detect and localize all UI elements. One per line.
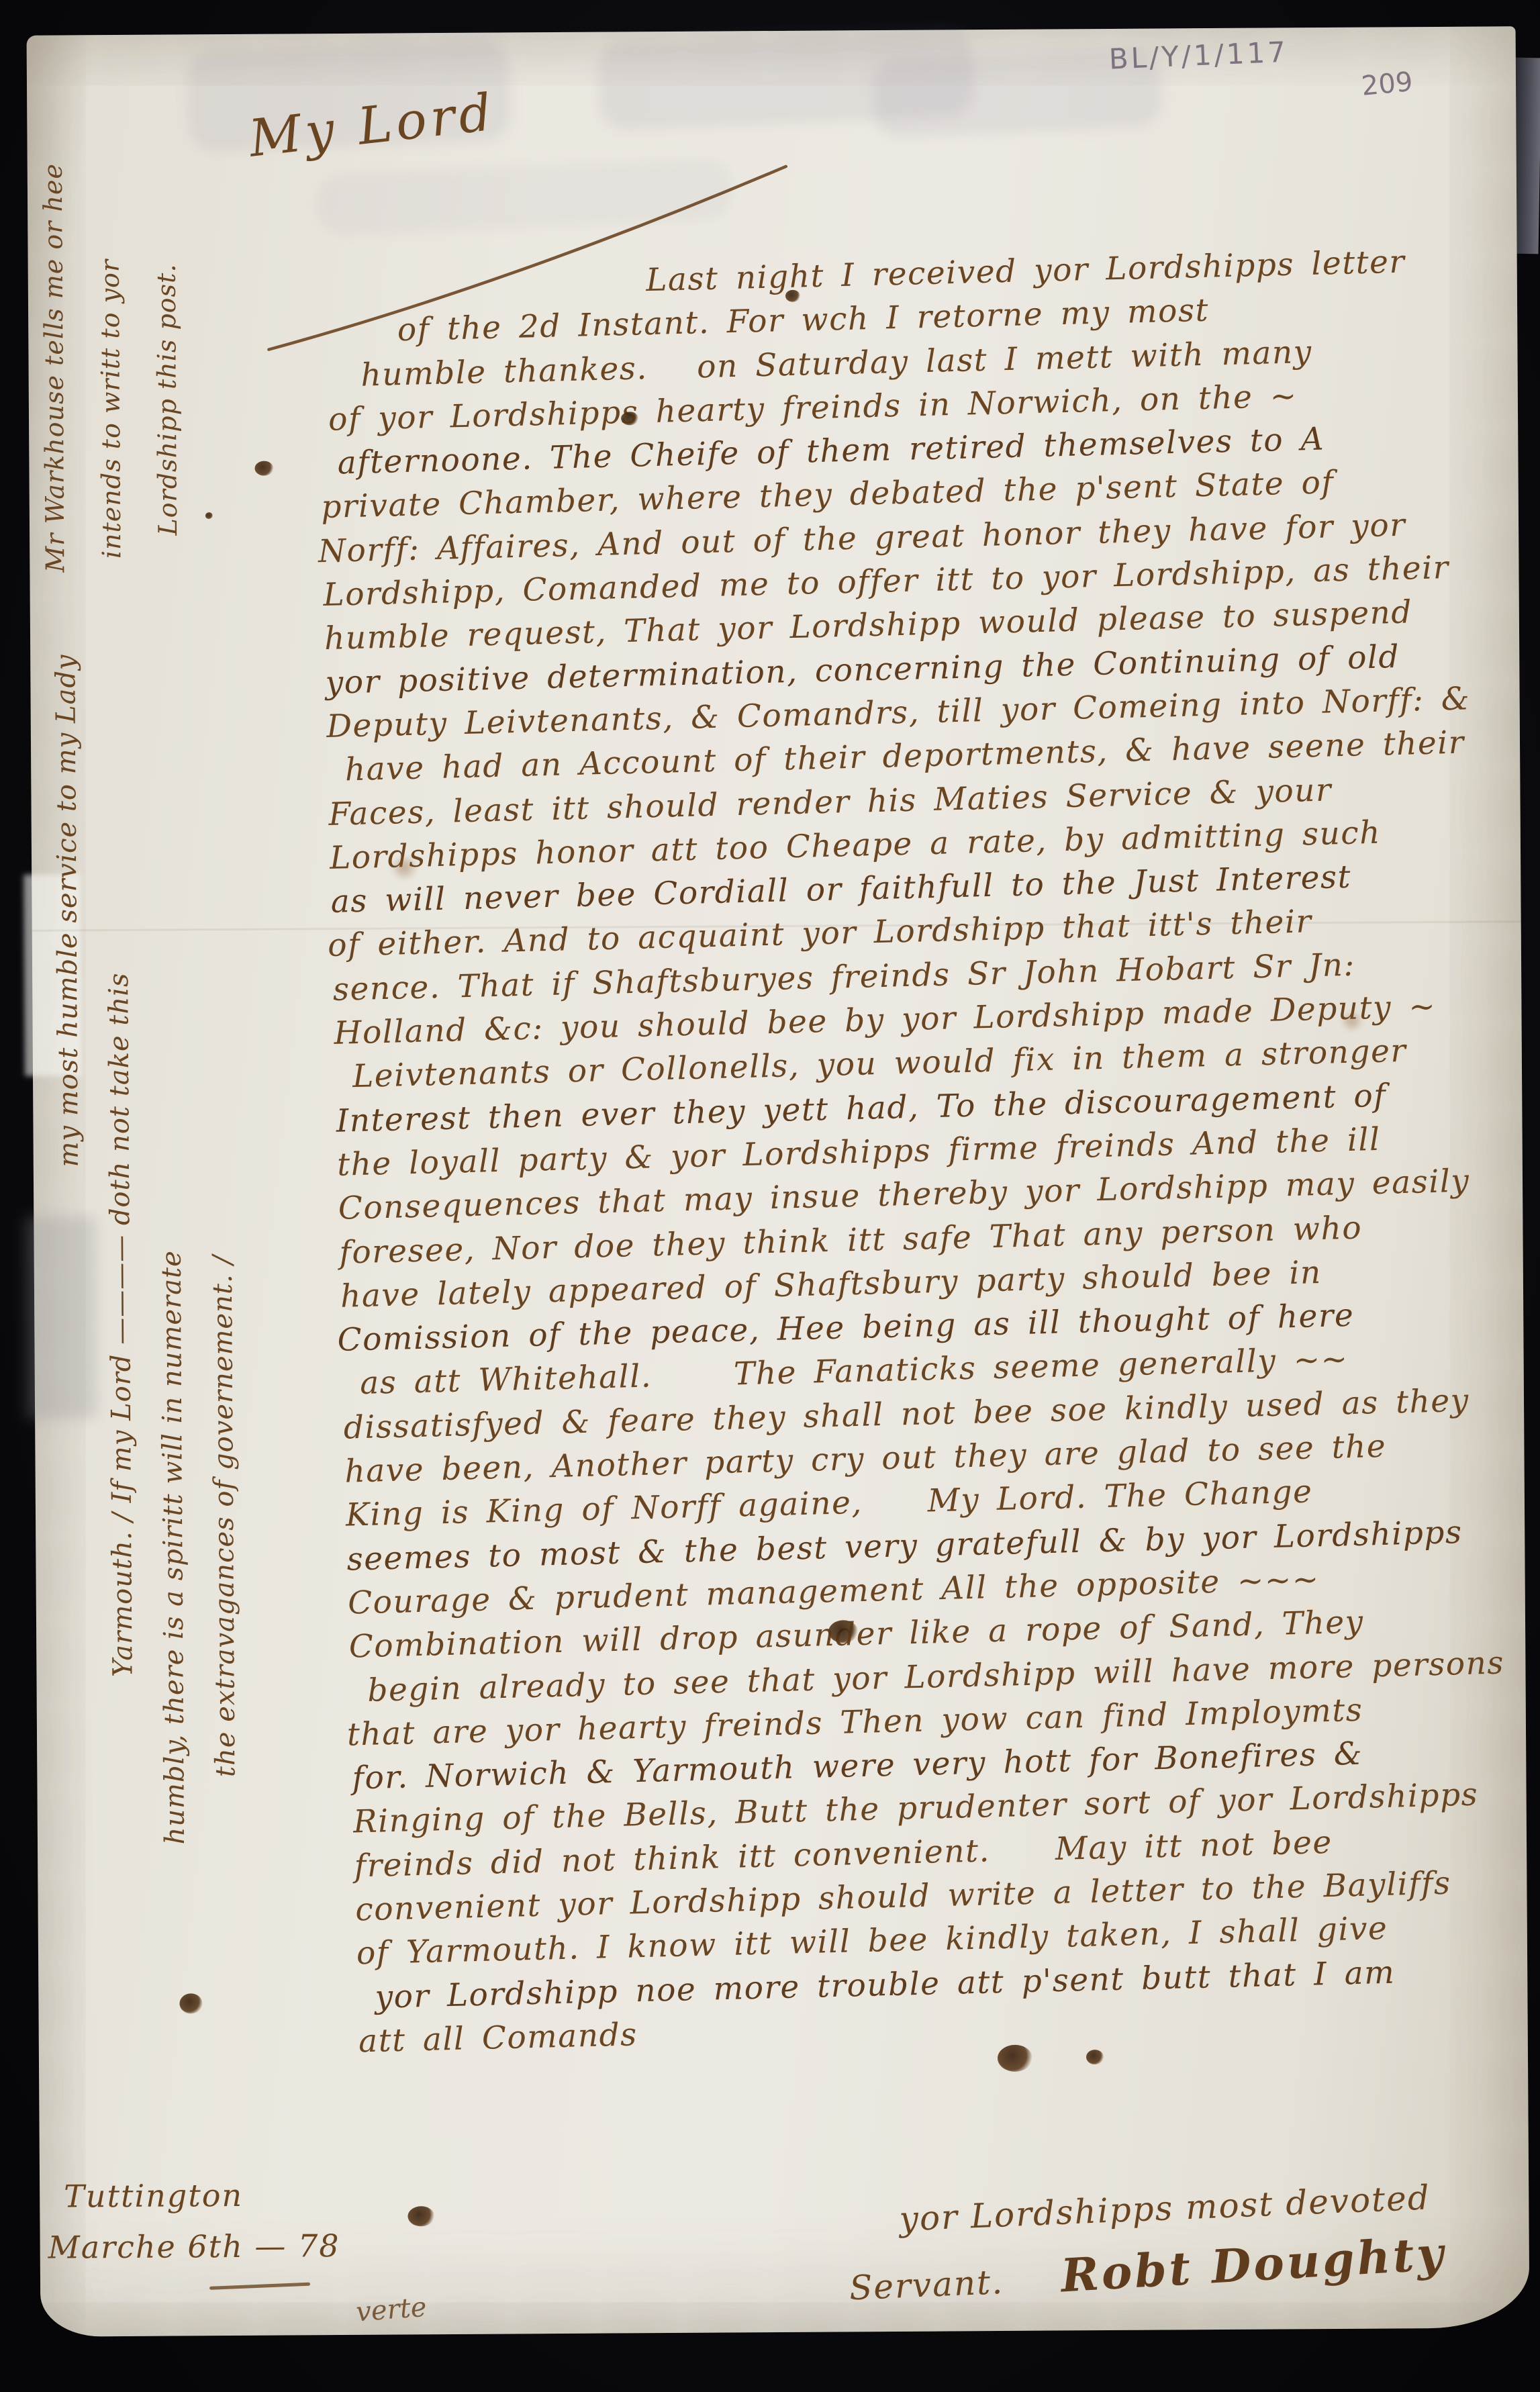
margin-note-line: the extravagances of governement. / <box>203 636 262 1858</box>
margin-note-line: intends to writt to yor <box>94 66 154 576</box>
turn-note: verte <box>355 2292 428 2328</box>
ink-blot <box>828 1620 858 1643</box>
ink-blot <box>205 512 213 519</box>
photograph-backdrop: BL/Y/1/117 209 My Lord Last night I rece… <box>0 0 1540 2392</box>
margin-note-line: humbly, there is a spiritt will in numer… <box>152 636 211 1858</box>
archive-reference-pencil: BL/Y/1/117 <box>1108 36 1289 76</box>
date-underline-stroke <box>209 2283 310 2290</box>
signature: Robt Doughty <box>1059 2227 1447 2303</box>
letter-body: Last night I received yor Lordshipps let… <box>316 240 1540 2067</box>
ink-blot <box>998 2045 1032 2072</box>
ink-blot <box>179 1993 202 2013</box>
ink-blot <box>407 2206 434 2226</box>
ink-blot <box>621 412 638 425</box>
closing-line: yor Lordshipps most devoted <box>898 2178 1431 2238</box>
dateline-date: Marche 6th — 78 <box>48 2228 340 2266</box>
margin-note-line: Lordshipp this post. <box>150 65 210 575</box>
ink-blot <box>785 290 800 302</box>
folio-number-pencil: 209 <box>1360 66 1414 102</box>
margin-note-line: my most humble service to my Lady <box>50 636 109 1858</box>
margin-note-line: Yarmouth. / If my Lord ———— doth not tak… <box>101 636 160 1858</box>
ink-stain <box>1341 1013 1364 1031</box>
ink-blot <box>1086 2050 1104 2064</box>
letter-paper: BL/Y/1/117 209 My Lord Last night I rece… <box>27 26 1530 2336</box>
margin-note-postscript-long: my most humble service to my LadyYarmout… <box>50 636 262 1859</box>
dateline-place: Tuttington <box>64 2177 243 2215</box>
margin-note-postscript-top: Mr Warkhouse tells me or heeintends to w… <box>38 65 210 577</box>
ink-blot <box>254 461 273 476</box>
ink-stain <box>391 857 420 879</box>
margin-note-line: Mr Warkhouse tells me or hee <box>38 66 97 576</box>
closing-line: Servant. <box>849 2262 1004 2307</box>
